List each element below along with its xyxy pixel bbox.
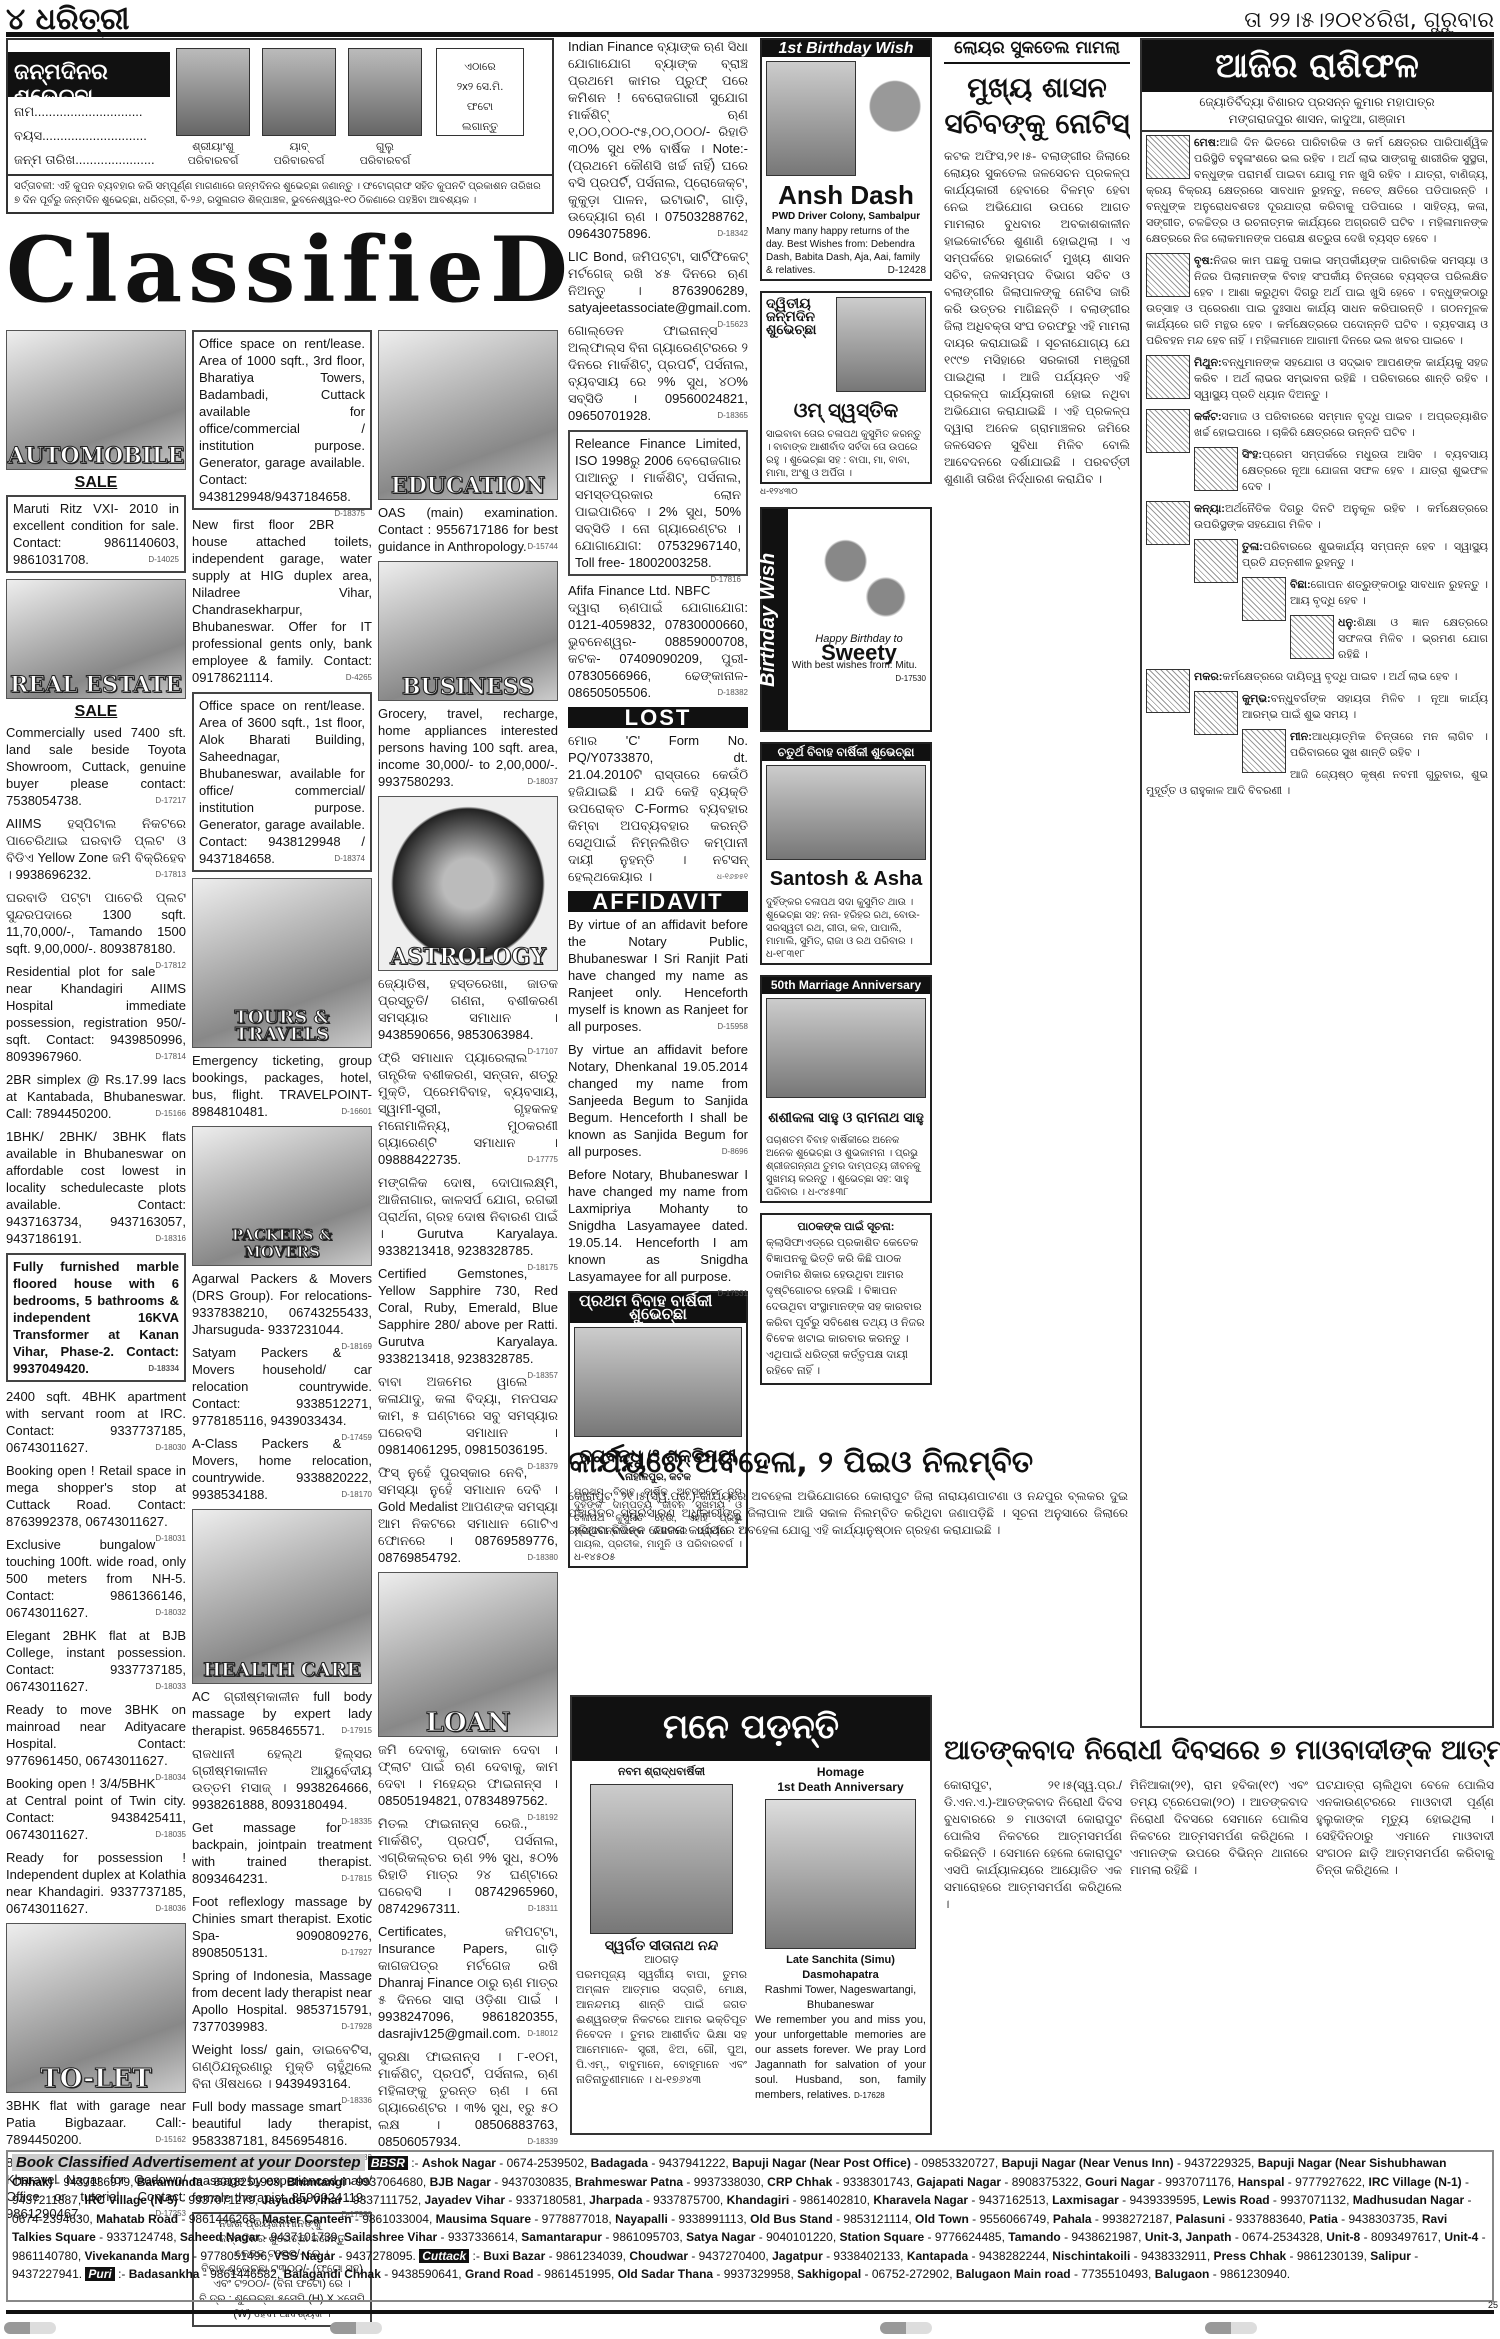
classified-ad: 1BHK/ 2BHK/ 3BHK flats available in Bhub… bbox=[6, 1128, 186, 1247]
classified-logo: ClassifieD bbox=[6, 220, 554, 320]
classified-ad: Office space on rent/lease. Area of 3600… bbox=[192, 692, 372, 872]
column-3: EDUCATION OAS (main) examination. Contac… bbox=[378, 330, 558, 2156]
dob-field[interactable]: ଜନ୍ମ ତାରିଖ...................... bbox=[14, 152, 155, 168]
booking-centres-footer: Book Classified Advertisement at your Do… bbox=[6, 2150, 1494, 2302]
article-headline: ମୁଖ୍ୟ ଶାସନ ସଚିବଙ୍କୁ ନୋଟିସ୍ bbox=[944, 70, 1130, 142]
classified-ad: Elegant 2BHK flat at BJB College, instan… bbox=[6, 1627, 186, 1695]
classified-ad: Emergency ticketing, group bookings, pac… bbox=[192, 1052, 372, 1120]
zodiac-sign: ମିଥୁନ:ବନ୍ଧୁମାନଙ୍କ ସହଯୋଗ ଓ ସଦ୍ଭାବ ଆପଣଙ୍କ … bbox=[1142, 352, 1492, 406]
classified-ad: ଗୋଲ୍ଡେନ ଫାଇନାନ୍ସ ଅଲ୍ଫାଲ୍ସ ବିନା ଗ୍ୟାରେଣ୍ଟ… bbox=[568, 322, 748, 424]
astrology-ads: ଜ୍ୟୋତିଷ, ହସ୍ତରେଖା, ଜାତକ ପ୍ରସ୍ତୁତି/ ଗଣନା,… bbox=[378, 975, 558, 1566]
zodiac-icon bbox=[1146, 253, 1190, 297]
page-number: 25 bbox=[1488, 2300, 1498, 2310]
article-headline: ଆତଙ୍କବାଦ ନିରୋଧୀ ଦିବସରେ ୭ ମାଓବାଦୀଙ୍କ ଆତ୍ମ… bbox=[944, 1735, 1494, 1767]
kid-caption: ଶ୍ରୀୟାଂଶୁପରିବାରବର୍ଗ bbox=[173, 140, 253, 168]
sale-heading: SALE bbox=[6, 474, 186, 491]
automobile-banner: AUTOMOBILE bbox=[6, 330, 186, 470]
kid-photo bbox=[348, 48, 422, 136]
zodiac-icon bbox=[1242, 729, 1286, 773]
column-5: 1st Birthday Wish Ansh Dash PWD Driver C… bbox=[760, 38, 932, 1395]
zodiac-icon bbox=[1146, 669, 1190, 713]
business-ads: Grocery, travel, recharge, home applianc… bbox=[378, 705, 558, 790]
zodiac-sign: ମକର:କର୍ମକ୍ଷେତ୍ରରେ ଦାୟିତ୍ୱ ବୃଦ୍ଧି ପାଇବ । … bbox=[1142, 666, 1492, 688]
news-article: ଲୋୟର ସୁକତେଲ ମାମଲା ମୁଖ୍ୟ ଶାସନ ସଚିବଙ୍କୁ ନୋ… bbox=[944, 38, 1130, 1493]
horoscope-title: ଆଜିର ରାଶିଫଳ bbox=[1142, 40, 1492, 92]
classified-ad: Exclusive bungalow touching 100ft. wide … bbox=[6, 1536, 186, 1621]
zodiac-sign: ମେଷ:ଆଜି ଦିନ ଭିତରେ ପାରିବାରିକ ଓ କର୍ମ କ୍ଷେତ… bbox=[1142, 132, 1492, 250]
zodiac-sign: ସିଂହ:ପ୍ରେମ ସମ୍ପର୍କରେ ମଧୁରତା ଆସିବ । ବ୍ୟବସ… bbox=[1142, 444, 1492, 498]
registration-mark bbox=[1205, 2322, 1257, 2334]
registration-mark bbox=[4, 2322, 56, 2334]
classified-ad: New first floor 2BR house attached toile… bbox=[192, 516, 372, 686]
classified-ad: ଫ୍ରି ସମାଧାନ ପ୍ୟାରେଲାଲ ତାନ୍ତ୍ରିକ ବଶୀକରଣ, … bbox=[378, 1049, 558, 1168]
classified-ad: Certificates, ଜମିପଟ୍ଟା, Insurance Papers… bbox=[378, 1923, 558, 2042]
classified-ad: ଘରବାଡି ପଟ୍ଟା ପାଚେରି ପ୍ଲଟ ସୁନ୍ଦରପଦାରେ 130… bbox=[6, 889, 186, 957]
classified-ad: 2400 sqft. 4BHK apartment with servant r… bbox=[6, 1388, 186, 1456]
astrologer-info: ଜ୍ୟୋତିର୍ବିଦ୍ୟା ବିଶାରଦ ପ୍ରସନ୍ନ କୁମାର ମହାପ… bbox=[1142, 92, 1492, 132]
kid-caption: ୟାବ୍ପରିବାରବର୍ଗ bbox=[259, 140, 339, 168]
tours-banner: TOURS & TRAVELS bbox=[192, 878, 372, 1048]
zodiac-icon bbox=[1146, 135, 1190, 179]
classified-ad: By virtue an affidavit before Notary, Dh… bbox=[568, 1041, 748, 1160]
classified-ad: ଫିସ୍ ନୁହେଁ ପୁରସ୍କାର ନେବି, ସମସ୍ୟା ନୁହେଁ ସ… bbox=[378, 1464, 558, 1566]
zodiac-sign: ତୁଳା:ପରିବାରରେ ଶୁଭକାର୍ଯ୍ୟ ସମ୍ପନ୍ନ ହେବ । ସ… bbox=[1142, 536, 1492, 574]
obituary-box: ମନେ ପଡ଼ନ୍ତି ନବମ ଶ୍ରାଦ୍ଧବାର୍ଷିକୀ ସ୍ୱର୍ଗତ … bbox=[570, 1695, 932, 2135]
classified-ad: Maruti Ritz VXI- 2010 in excellent condi… bbox=[6, 495, 186, 573]
panchang: ଆଜି ଜ୍ୟେଷ୍ଠ କୃଷ୍ଣ ନବମୀ ଗୁରୁବାର, ଶୁଭ ମୁହୂ… bbox=[1142, 764, 1492, 802]
astrology-banner: ASTROLOGY bbox=[378, 796, 558, 971]
affidavit-ads: By virtue of an affidavit before the Not… bbox=[568, 916, 748, 1285]
zodiac-icon bbox=[1194, 691, 1238, 735]
zodiac-icon bbox=[1146, 501, 1190, 545]
registration-mark bbox=[880, 2322, 932, 2334]
office-ads: Office space on rent/lease. Area of 1000… bbox=[192, 330, 372, 872]
classified-ad: Indian Finance ବ୍ୟାଙ୍କ ଋଣ ସିଧା ଯୋଗାଯୋଗ ବ… bbox=[568, 38, 748, 242]
article-body: ଘଟଯାତ୍ରା ଚାଲିଥିବା ବେଳେ ପୋଲିସ ଏନକାଉଣ୍ଟରରେ… bbox=[1316, 1777, 1494, 1913]
health-banner: HEALTH CARE bbox=[192, 1509, 372, 1684]
education-ads: OAS (main) examination. Contact : 955671… bbox=[378, 504, 558, 555]
obituary-right: Homage 1st Death Anniversary Late Sanchi… bbox=[751, 1761, 930, 2107]
real-estate-banner: REAL ESTATE bbox=[6, 579, 186, 699]
article-kicker: ଲୋୟର ସୁକତେଲ ମାମଲା bbox=[944, 38, 1130, 64]
zodiac-sign: ଧନୁ:ଶିକ୍ଷା ଓ ଜ୍ଞାନ କ୍ଷେତ୍ରରେ ସଫଳତା ମିଳିବ… bbox=[1142, 612, 1492, 666]
zodiac-icon bbox=[1242, 577, 1286, 621]
classified-ad: OAS (main) examination. Contact : 955671… bbox=[378, 504, 558, 555]
classified-ad: LIC Bond, ଜମିପଟ୍ଟା, ସାର୍ଟିଫିକେଟ୍ ମର୍ଟଗେଜ… bbox=[568, 248, 748, 316]
sale-heading: SALE bbox=[6, 703, 186, 720]
kid-photo bbox=[262, 48, 336, 136]
footer-rule bbox=[6, 2310, 1494, 2314]
lost-heading: LOST bbox=[568, 707, 748, 728]
zodiac-list: ମେଷ:ଆଜି ଦିନ ଭିତରେ ପାରିବାରିକ ଓ କର୍ମ କ୍ଷେତ… bbox=[1142, 132, 1492, 764]
age-field[interactable]: ବୟସ............................. bbox=[14, 128, 147, 144]
zodiac-icon bbox=[1194, 539, 1238, 583]
classified-ad: ମିତଲ ଫାଇନାନ୍ସ ରେଜି., ମାର୍କଶିଟ୍, ପ୍ରପର୍ଟି… bbox=[378, 1815, 558, 1917]
loan-ads: ଜମି ଦେବାକୁ, ଦୋକାନ ଦେବା । ଫ୍ଲାଟ ପାଇଁ ଋଣ ଦ… bbox=[378, 1741, 558, 2150]
kid-caption: ଗୁଲୁପରିବାରବର୍ଗ bbox=[345, 140, 425, 168]
to-let-banner: TO-LET bbox=[6, 1923, 186, 2093]
zodiac-icon bbox=[1146, 409, 1190, 453]
tours-ads: Emergency ticketing, group bookings, pac… bbox=[192, 1052, 372, 1120]
news-article: କାର୍ଯ୍ୟରେ ଅବହେଳା, ୨ ପିଇଓ ନିଲମ୍ବିତ କୋରାପୁ… bbox=[568, 1445, 1128, 1539]
article-body: ମିନିଆକା(୨୧), ରାମ ହବିକା(୧୯) ଏବଂ ତମ୍ୟ ଟ୍ରେ… bbox=[1130, 1777, 1308, 1913]
classified-ad: 3BHK flat with garage near Patia Bigbaza… bbox=[6, 2097, 186, 2148]
classified-ad: By virtue of an affidavit before the Not… bbox=[568, 916, 748, 1035]
classified-ad: AC ଗ୍ରୀଷ୍ମକାଳୀନ full body massage by exp… bbox=[192, 1688, 372, 1739]
zodiac-sign: କୁମ୍ଭ:ବନ୍ଧୁବର୍ଗଙ୍କ ସହାୟତା ମିଳିବ । ନୂଆ କା… bbox=[1142, 688, 1492, 726]
column-1: AUTOMOBILE SALE Maruti Ritz VXI- 2010 in… bbox=[6, 330, 186, 2228]
zodiac-sign: ବୃଷ:ନିଜର କାମ ପଛକୁ ପକାଇ ସମ୍ପର୍କୀୟଙ୍କ ପାରି… bbox=[1142, 250, 1492, 352]
classified-ad: Satyam Packers & Movers household/ car r… bbox=[192, 1344, 372, 1429]
classified-ad: Foot reflexlogy massage by Chinies smart… bbox=[192, 1893, 372, 1961]
classified-ad: Commercially used 7400 sft. land sale be… bbox=[6, 724, 186, 809]
lost-ads: ମୋର 'C' Form No. PQ/Y0733870, dt. 21.04.… bbox=[568, 732, 748, 885]
zodiac-icon bbox=[1194, 447, 1238, 491]
classified-ad: Spring of Indonesia, Massage from decent… bbox=[192, 1967, 372, 2035]
classified-ad: Ready to move 3BHK on mainroad near Adit… bbox=[6, 1701, 186, 1769]
obituary-left: ନବମ ଶ୍ରାଦ୍ଧବାର୍ଷିକୀ ସ୍ୱର୍ଗତ ସୀତାନାଥ ନନ୍ଦ… bbox=[572, 1761, 751, 2107]
education-banner: EDUCATION bbox=[378, 330, 558, 500]
classified-ad: ମଙ୍ଗଳିକ ଦୋଷ, ଦୋପାଲକ୍ଷ୍ମି, ଆଜିନାଗାର, କାଳସ… bbox=[378, 1174, 558, 1259]
coupon-title: ଜନ୍ମଦିନର ଶୁଭେଚ୍ଛା bbox=[8, 52, 170, 97]
classified-ad: Agarwal Packers & Movers (DRS Group). Fo… bbox=[192, 1270, 372, 1338]
classified-ad: ବାବା ଅଜମେର ୱାଲେ କଳାଯାଦୁ, କଳା ବିଦ୍ୟା, ମନପ… bbox=[378, 1373, 558, 1458]
classified-ad: ରାଜଧାନୀ ହେଲ୍ଥ ହିଲ୍ସର ଗ୍ରୀଷ୍ମକାଳୀନ ଆୟୁର୍ବ… bbox=[192, 1745, 372, 1813]
article-body: କୋରାପୁଟ, ୨୧।୫(ସ୍ୱ.ପ୍ର.)-କାର୍ଯ୍ୟରେ ଅବହେଳା… bbox=[568, 1488, 1128, 1539]
fourth-anniversary-wish: ଚତୁର୍ଥ ବିବାହ ବାର୍ଷିକୀ ଶୁଭେଚ୍ଛା Santosh &… bbox=[760, 742, 932, 965]
column-2: Office space on rent/lease. Area of 1000… bbox=[192, 330, 372, 2333]
classified-ad: ଜମି ଦେବାକୁ, ଦୋକାନ ଦେବା । ଫ୍ଲାଟ ପାଇଁ ଋଣ ଦ… bbox=[378, 1741, 558, 1809]
classified-ad: Ready for possession ! Independent duple… bbox=[6, 1849, 186, 1917]
finance-ads: Indian Finance ବ୍ୟାଙ୍କ ଋଣ ସିଧା ଯୋଗାଯୋଗ ବ… bbox=[568, 38, 748, 701]
classified-ad: 2BR simplex @ Rs.17.99 lacs at Kantabada… bbox=[6, 1071, 186, 1122]
publication-date: ତା ୨୨।୫।୨୦୧୪ରିଖ, ଗୁରୁବାର bbox=[1244, 8, 1494, 33]
classified-ad: ଜ୍ୟୋତିଷ, ହସ୍ତରେଖା, ଜାତକ ପ୍ରସ୍ତୁତି/ ଗଣନା,… bbox=[378, 975, 558, 1043]
reader-notice: ପାଠକଙ୍କ ପାଇଁ ସୂଚନା: କ୍ଲାସିଫାଏଡ୍ରେ ପ୍ରକାଶ… bbox=[760, 1213, 932, 1385]
obituary-title: ମନେ ପଡ଼ନ୍ତି bbox=[572, 1697, 930, 1761]
classified-ad: Office space on rent/lease. Area of 1000… bbox=[192, 330, 372, 510]
packers-ads: Agarwal Packers & Movers (DRS Group). Fo… bbox=[192, 1270, 372, 1503]
loan-banner: LOAN bbox=[378, 1572, 558, 1737]
classified-ad: ସୁରକ୍ଷା ଫାଇନାନ୍ସ । ୮-୧୦ମ, ମାର୍କଶିଟ୍, ପ୍ର… bbox=[378, 2048, 558, 2150]
classified-ad: Booking open ! Retail space in mega shop… bbox=[6, 1462, 186, 1530]
news-article: ଆତଙ୍କବାଦ ନିରୋଧୀ ଦିବସରେ ୭ ମାଓବାଦୀଙ୍କ ଆତ୍ମ… bbox=[944, 1735, 1494, 1913]
coupon-terms: ସର୍ତ୍ତାବଳୀ: ଏହି କୁପନ ବ୍ୟବହାର କରି ସମ୍ପୂର୍… bbox=[8, 174, 552, 212]
zodiac-icon bbox=[1290, 615, 1334, 659]
name-field[interactable]: ନାମ.............................. bbox=[14, 104, 143, 120]
health-ads: AC ଗ୍ରୀଷ୍ମକାଳୀନ full body massage by exp… bbox=[192, 1688, 372, 2206]
zodiac-sign: କନ୍ୟା:ଅର୍ଥନୈତିକ ଦିଗରୁ ଦିନଟି ଅନୁକୂଳ ରହିବ … bbox=[1142, 498, 1492, 536]
classified-ad: Grocery, travel, recharge, home applianc… bbox=[378, 705, 558, 790]
article-body: କୋରାପୁଟ, ୨୧।୫(ସ୍ୱ.ପ୍ର./ ଡି.ଏନ.ଏ.)-ଆତଙ୍କବ… bbox=[944, 1777, 1122, 1913]
packers-banner: PACKERS & MOVERS bbox=[192, 1126, 372, 1266]
classified-ad: Releance Finance Limited, ISO 1998ରୁ 200… bbox=[568, 430, 748, 576]
column-4: Indian Finance ବ୍ୟାଙ୍କ ଋଣ ସିଧା ଯୋଗାଯୋଗ ବ… bbox=[568, 38, 748, 1578]
classified-ad: AIIMS ହସ୍ପିଟାଲ ନିକଟରେ ପାଚେରିଥାଇ ଘରବାଡି ପ… bbox=[6, 815, 186, 883]
fiftieth-anniversary-wish: 50th Marriage Anniversary ଶଶୀକଳା ସାହୁ ଓ … bbox=[760, 975, 932, 1203]
affidavit-heading: AFFIDAVIT bbox=[568, 891, 748, 912]
business-banner: BUSINESS bbox=[378, 561, 558, 701]
classified-ad: Fully furnished marble floored house wit… bbox=[6, 1253, 186, 1382]
photo-placeholder: ଏଠାରେ୨x୨ ସେ.ମି.ଫଟୋଲଗାନ୍ତୁ bbox=[436, 48, 524, 136]
real-estate-ads: Commercially used 7400 sft. land sale be… bbox=[6, 724, 186, 1917]
registration-mark bbox=[330, 2322, 382, 2334]
second-birthday-wish: ଦ୍ୱିତୀୟ ଜନ୍ମଦିନ ଶୁଭେଚ୍ଛା ଓମ୍ ସ୍ୱସ୍ତିକ ସା… bbox=[760, 291, 932, 484]
classified-ad: Weight loss/ gain, ଡାଇବେଟିସ, ଗଣ୍ଠିଯନ୍ତ୍ର… bbox=[192, 2041, 372, 2092]
zodiac-sign: କର୍କଟ:ସମାଜ ଓ ପରିବାରରେ ସମ୍ମାନ ବୃଦ୍ଧି ପାଇବ… bbox=[1142, 406, 1492, 444]
classified-ad: Before Notary, Bhubaneswar I have change… bbox=[568, 1166, 748, 1285]
horoscope-box: ଆଜିର ରାଶିଫଳ ଜ୍ୟୋତିର୍ବିଦ୍ୟା ବିଶାରଦ ପ୍ରସନ୍… bbox=[1140, 38, 1494, 1728]
classified-ad: ମୋର 'C' Form No. PQ/Y0733870, dt. 21.04.… bbox=[568, 732, 748, 885]
ad-code: ଧ-୧୨୪୩୦ bbox=[760, 486, 932, 497]
kid-photo bbox=[176, 48, 250, 136]
classified-ad: Afifa Finance Ltd. NBFC ଦ୍ୱାରା ଋଣପାଇଁ ଯୋ… bbox=[568, 582, 748, 701]
classified-ad: Residential plot for sale near Khandagir… bbox=[6, 963, 186, 1065]
article-body: କଟକ ଅଫିସ,୨୧।୫- ବଲାଙ୍ଗୀର ଜିଲାରେ ଲୋୟର ସୁକତ… bbox=[944, 148, 1130, 488]
article-headline: କାର୍ଯ୍ୟରେ ଅବହେଳା, ୨ ପିଇଓ ନିଲମ୍ବିତ bbox=[568, 1445, 1128, 1480]
first-birthday-wish: 1st Birthday Wish Ansh Dash PWD Driver C… bbox=[760, 38, 932, 281]
classified-ad: Certified Gemstones, Yellow Sapphire 730… bbox=[378, 1265, 558, 1367]
zodiac-icon bbox=[1146, 355, 1190, 399]
header-rule bbox=[6, 32, 1494, 37]
sweety-birthday-wish: Birthday Wish Happy Birthday to Sweety W… bbox=[760, 507, 932, 732]
birthday-coupon: ଜନ୍ମଦିନର ଶୁଭେଚ୍ଛା ନାମ...................… bbox=[6, 38, 554, 214]
